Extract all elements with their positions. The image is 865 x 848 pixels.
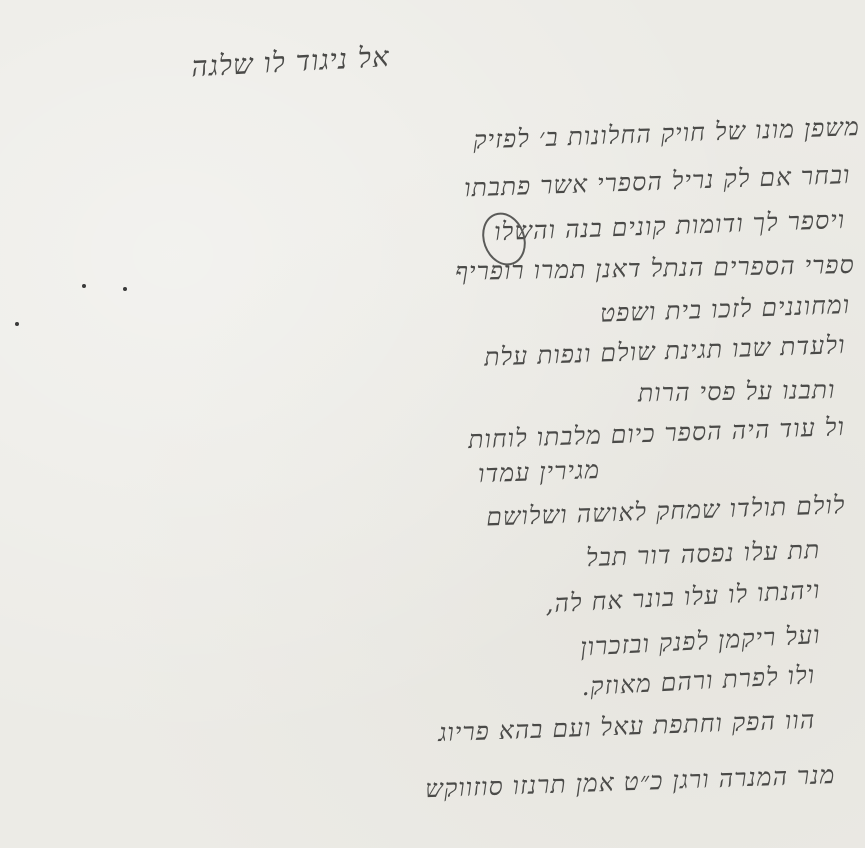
manuscript-line: מנר המנרה ורגן כ״ט אמן תרנזו סוזווקש (424, 760, 835, 804)
manuscript-line: תת עלו נפסה דור תבל (585, 535, 820, 573)
manuscript-line: ומחוננים לזכו בית ושפט (600, 290, 851, 329)
manuscript-line: ויספר לך ודומות קונים בנה והשלו (494, 205, 846, 247)
manuscript-line: מגירין עמדו (477, 455, 600, 489)
manuscript-line: ובחר אם לק נריל הספרי אשר פתבתו (463, 160, 850, 203)
manuscript-line: ועל ריקמן לפנק ובזכרון (579, 620, 821, 663)
manuscript-line: ולעדת שבו תגינת שולם ונפות עלת (483, 330, 845, 373)
manuscript-line: ויהנתו לו עלו בונר אח לה, (544, 575, 821, 619)
manuscript-line: לולם תולדו שמחק לאושה ושלושם (485, 490, 845, 533)
ink-speck (15, 322, 19, 326)
manuscript-line: משפן מונו של חויק החלונות ב׳ לפזיק (473, 112, 861, 155)
manuscript-line: ולו לפרת ורהם מאוזק. (580, 660, 815, 702)
manuscript-line: ול עוד היה הספר כיום מלבתו לוחות (468, 412, 846, 455)
manuscript-line: הוו הפק וחתפת עאל ועם בהא פריוג (437, 705, 815, 748)
ink-speck (82, 284, 86, 288)
ink-speck (123, 287, 127, 291)
manuscript-line: ותבנו על פסי הרות (637, 375, 835, 408)
manuscript-page: אל ניגוד לו שלגה משפן מונו של חויק החלונ… (0, 0, 865, 848)
manuscript-title: אל ניגוד לו שלגה (191, 40, 391, 84)
